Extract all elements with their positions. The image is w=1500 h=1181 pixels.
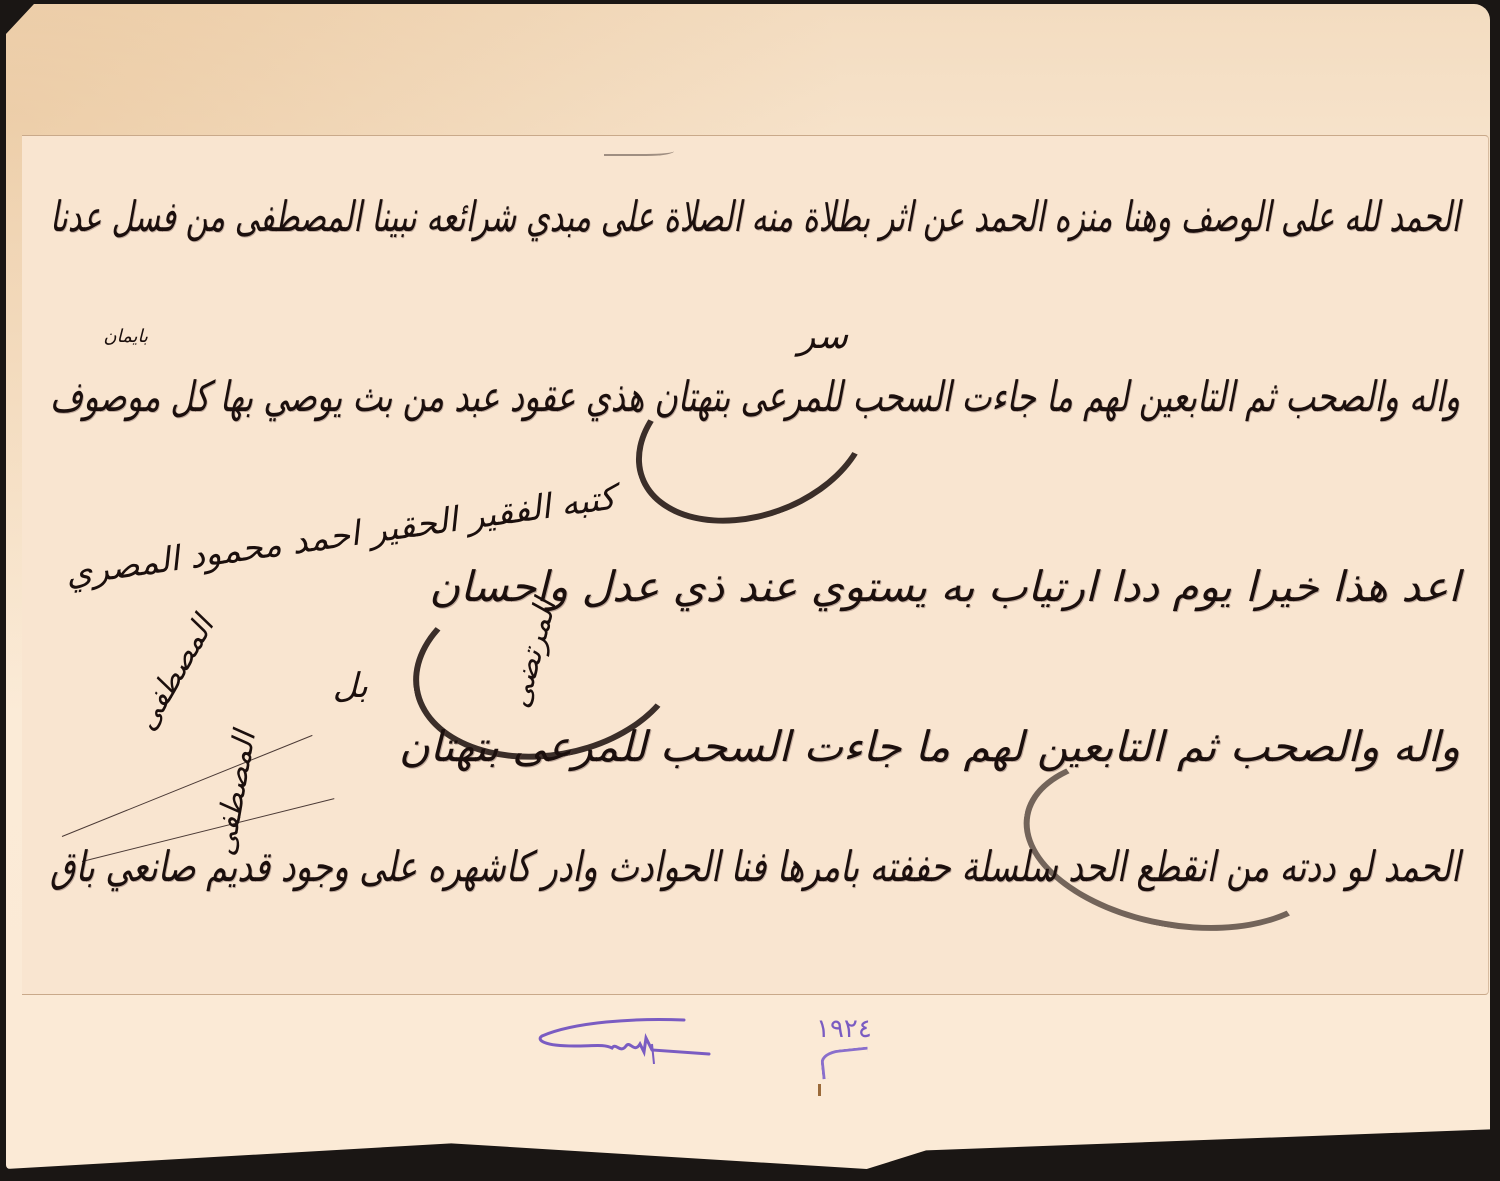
marginal-note: المصطفى <box>207 729 263 859</box>
calligraphy-panel: الحمد لله على الوصف وهنا منزه الحمد عن ا… <box>22 135 1489 995</box>
ink-swash <box>612 320 895 555</box>
text-line-1: الحمد لله على الوصف وهنا منزه الحمد عن ا… <box>50 196 1460 238</box>
ink-mark <box>604 144 674 156</box>
date-mark <box>820 1047 871 1080</box>
date: ١٩٢٤ <box>816 1014 872 1044</box>
text-line-4: واله والصحب ثم التابعين لهم ما جاءت السح… <box>399 726 1460 768</box>
pencil-mark <box>818 1084 821 1096</box>
text-line-2: واله والصحب ثم التابعين لهم ما جاءت السح… <box>50 376 1460 418</box>
marginal-note: المصطفى <box>129 610 222 736</box>
text-line-5: الحمد لو ددته من انقطع الحد سلسلة حففته … <box>50 846 1460 888</box>
marginal-note: بايمان <box>103 326 148 347</box>
signature <box>534 1014 714 1064</box>
guide-line <box>62 735 313 837</box>
paper-sheet: الحمد لله على الوصف وهنا منزه الحمد عن ا… <box>6 4 1490 1169</box>
marginal-note: سر <box>798 316 848 357</box>
marginal-note: بل <box>333 666 368 706</box>
text-line-3: اعد هذا خيرا يوم ددا ارتياب به يستوي عند… <box>429 566 1460 608</box>
